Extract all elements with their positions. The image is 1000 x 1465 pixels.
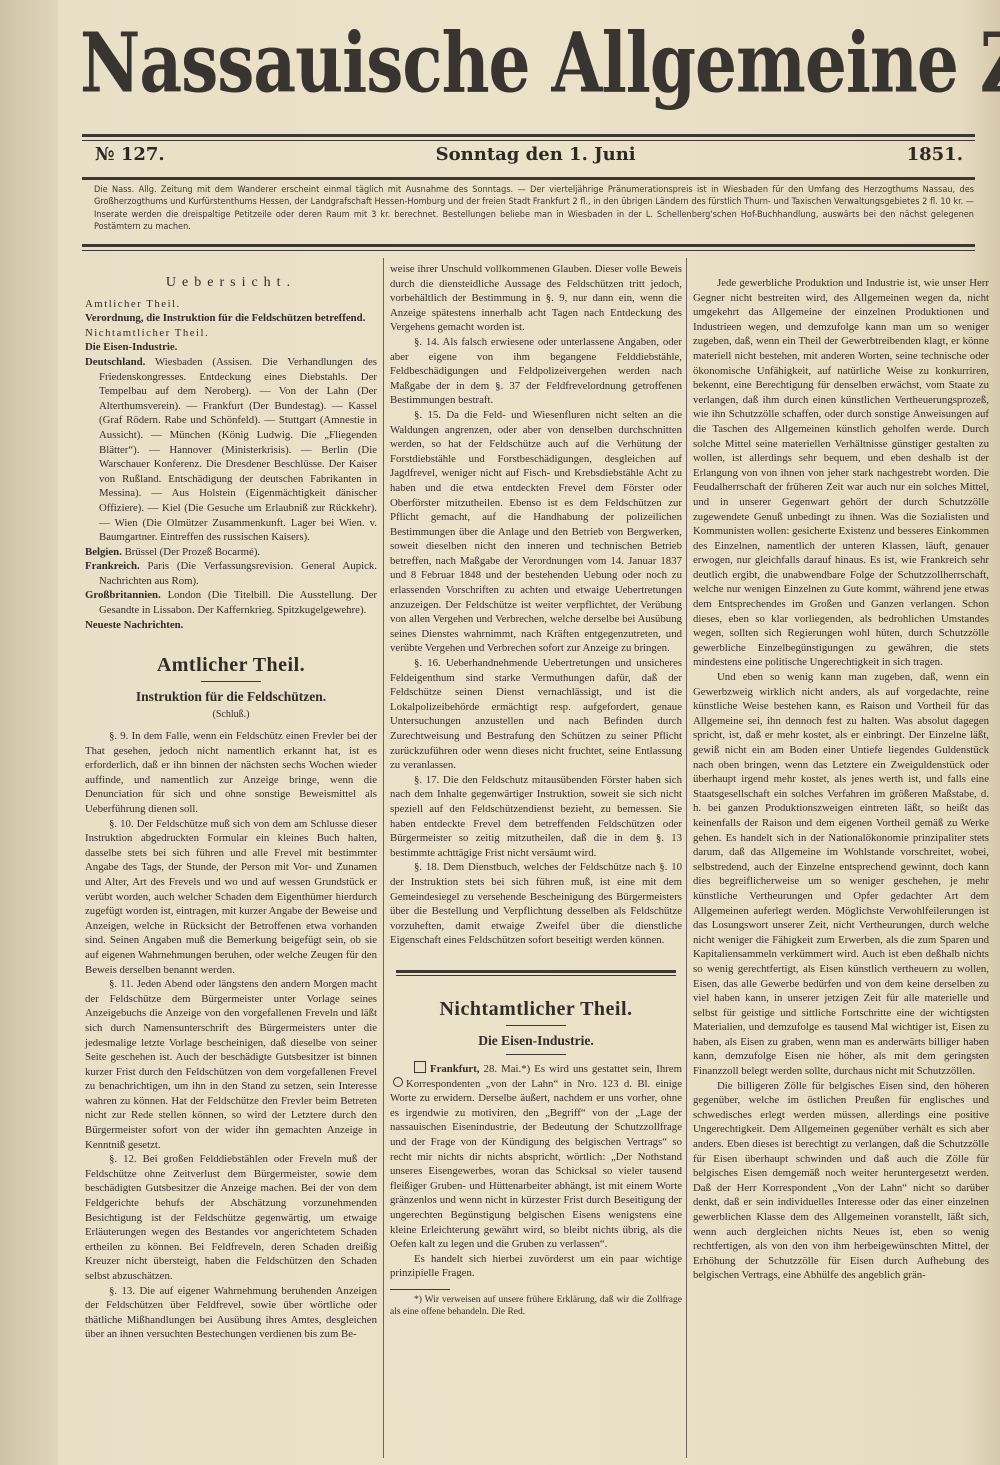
toc-item: Verordnung, die Instruktion für die Feld…	[85, 311, 377, 326]
correspondent-circle-icon	[393, 1077, 403, 1087]
section-title: Amtlicher Theil.	[85, 658, 377, 673]
article-paragraph: weise ihrer Unschuld vollkommenen Glaube…	[390, 262, 682, 335]
column-1: Uebersicht. Amtlicher Theil. Verordnung,…	[85, 262, 377, 1342]
article-text: Korrespondenten „von der Lahn“ in Nro. 1…	[390, 1078, 682, 1251]
footnote: *) Wir verweisen auf unsere frühere Erkl…	[390, 1294, 682, 1318]
toc-entries: Paris (Die Verfassungsrevision. General …	[99, 560, 377, 587]
article-paragraph: §. 12. Bei großen Felddiebstählen oder F…	[85, 1152, 377, 1283]
masthead-rule	[82, 134, 975, 137]
dateline: № 127. Sonntag den 1. Juni 1851.	[95, 144, 963, 165]
article-paragraph: Frankfurt, 28. Mai.*) Es wird uns gestat…	[390, 1061, 682, 1252]
masthead-rule-thin	[82, 140, 975, 141]
article-paragraph: §. 13. Die auf eigener Wahrnehmung beruh…	[85, 1284, 377, 1342]
dateline-place: Frankfurt,	[430, 1063, 479, 1075]
article-title: Instruktion für die Feldschützen.	[85, 690, 377, 705]
page-edge	[0, 0, 58, 1465]
newspaper-page: Nassauische Allgemeine Zeitung. № 127. S…	[0, 0, 1000, 1465]
article-paragraph: §. 14. Als falsch erwiesene oder unterla…	[390, 335, 682, 408]
column-section-rule	[396, 970, 676, 973]
section-rule	[201, 681, 261, 682]
subscription-notice: Die Nass. Allg. Zeitung mit dem Wanderer…	[94, 184, 974, 233]
toc-item: Frankreich. Paris (Die Verfassungsrevisi…	[85, 559, 377, 588]
article-paragraph: §. 9. In dem Falle, wenn ein Feldschütz …	[85, 729, 377, 817]
article-paragraph: §. 17. Die den Feldschutz mitausübenden …	[390, 773, 682, 861]
toc-item: Neueste Nachrichten.	[85, 618, 377, 633]
issue-year: 1851.	[907, 144, 963, 165]
article-paragraph: Es handelt sich hierbei zuvörderst um ei…	[390, 1252, 682, 1281]
toc-entries: Wiesbaden (Assisen. Die Verhandlungen de…	[99, 356, 377, 543]
article-paragraph: §. 11. Jeden Abend oder längstens den an…	[85, 977, 377, 1152]
article-paragraph: Die billigeren Zölle für belgisches Eise…	[693, 1079, 989, 1283]
toc-item: Belgien. Brüssel (Der Prozeß Bocarmé).	[85, 545, 377, 560]
toc-country: Deutschland.	[85, 356, 145, 368]
toc-country: Großbritannien.	[85, 589, 161, 601]
toc-item: Amtlicher Theil.	[85, 297, 377, 312]
footnote-rule	[390, 1289, 450, 1290]
issue-date: Sonntag den 1. Juni	[436, 144, 636, 165]
issue-number: № 127.	[95, 144, 165, 165]
column-divider	[383, 258, 384, 1458]
article-paragraph: Und eben so wenig kann man zugeben, daß,…	[693, 670, 989, 1079]
toc-item: Nichtamtlicher Theil.	[85, 326, 377, 341]
toc-item: Deutschland. Wiesbaden (Assisen. Die Ver…	[85, 355, 377, 545]
column-3: Jede gewerbliche Produktion und Industri…	[693, 262, 989, 1283]
toc-item: Die Eisen-Industrie.	[85, 340, 377, 355]
article-text: Es wird uns gestattet sein, Ihrem	[534, 1063, 682, 1075]
section-rule	[506, 1054, 566, 1055]
column-section-rule-thin	[396, 975, 676, 976]
notice-rule	[82, 244, 975, 247]
table-of-contents: Amtlicher Theil. Verordnung, die Instruk…	[85, 297, 377, 633]
section-title: Nichtamtlicher Theil.	[390, 1002, 682, 1017]
article-paragraph: §. 16. Ueberhandnehmende Uebertretungen …	[390, 656, 682, 773]
toc-item: Großbritannien. London (Die Titelbill. D…	[85, 588, 377, 617]
toc-country: Frankreich.	[85, 560, 140, 572]
article-paragraph: §. 10. Der Feldschütze muß sich von dem …	[85, 817, 377, 978]
dateline-date: 28. Mai.*)	[484, 1063, 531, 1075]
toc-entries: Brüssel (Der Prozeß Bocarmé).	[125, 546, 261, 558]
dateline-rule	[82, 177, 975, 180]
overview-title: Uebersicht.	[85, 276, 377, 291]
notice-rule-thin	[82, 250, 975, 251]
article-title: Die Eisen-Industrie.	[390, 1034, 682, 1049]
section-rule	[506, 1025, 566, 1026]
article-paragraph: Jede gewerbliche Produktion und Industri…	[693, 276, 989, 670]
masthead-title: Nassauische Allgemeine Zeitung.	[80, 14, 980, 112]
column-divider	[686, 258, 687, 1458]
correspondent-box-icon	[414, 1061, 426, 1073]
column-2: weise ihrer Unschuld vollkommenen Glaube…	[390, 262, 682, 1318]
toc-country: Belgien.	[85, 546, 122, 558]
article-paragraph: §. 15. Da die Feld- und Wiesenfluren nic…	[390, 408, 682, 656]
article-paragraph: §. 18. Dem Dienstbuch, welches der Felds…	[390, 860, 682, 948]
article-subtitle: (Schluß.)	[85, 708, 377, 723]
